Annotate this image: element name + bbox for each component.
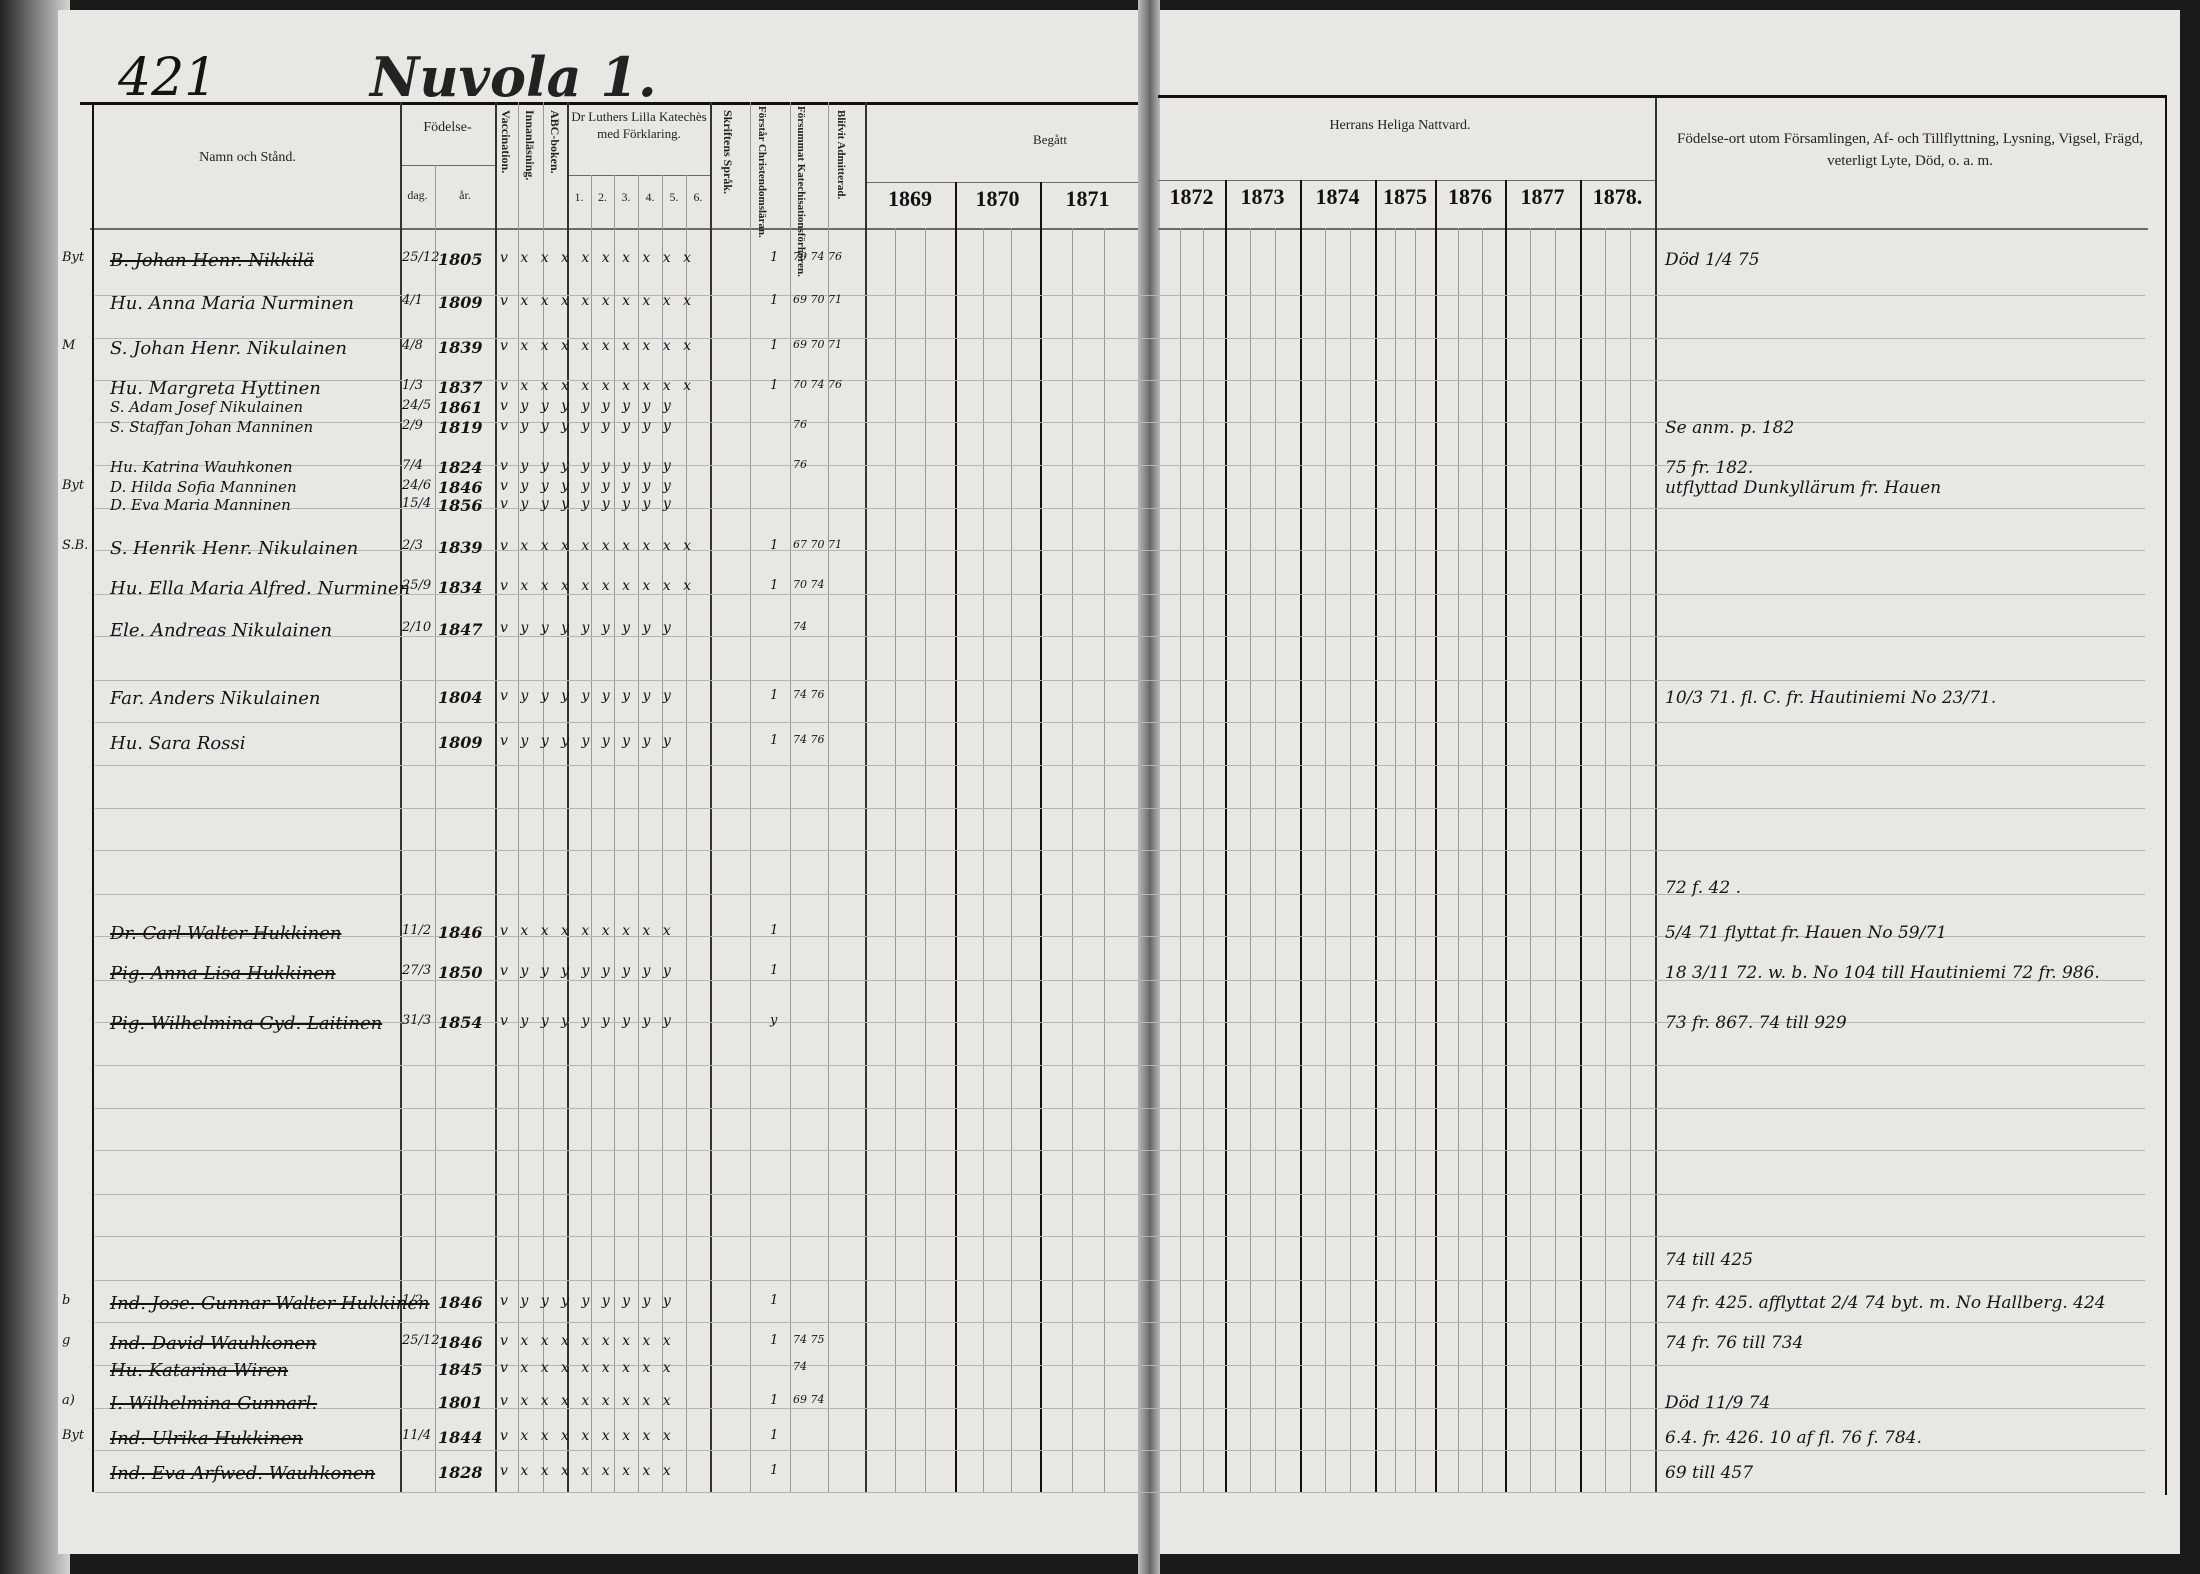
header-scripture: Skriftens Språk. [720, 110, 735, 225]
row-notes: 74 fr. 76 till 734 [1665, 1333, 1803, 1353]
row-notes: 10/3 71. fl. C. fr. Hautiniemi No 23/71. [1665, 688, 1996, 708]
row-adm: 1 [770, 688, 778, 703]
rule-line [95, 722, 2145, 723]
row-year: 1846 [438, 923, 483, 942]
col-line [400, 102, 402, 1492]
col-line [1225, 180, 1227, 1492]
year-1877: 1877 [1505, 184, 1580, 210]
rule-line [95, 636, 2145, 637]
row-notes: 74 till 425 [1665, 1250, 1753, 1270]
year-1876: 1876 [1435, 184, 1505, 210]
col-line [1104, 228, 1105, 1492]
row-adm: 1 [770, 538, 778, 553]
rule-line [95, 765, 2145, 766]
header-admitted: Blifvit Admitterad. [834, 110, 848, 225]
row-margin: M [62, 338, 75, 353]
row-day: 11/4 [402, 1428, 431, 1443]
col-line [983, 228, 984, 1492]
catechism-part-5: 5. [662, 190, 686, 205]
row-day: 2/3 [402, 538, 423, 553]
years-subline-left [865, 182, 1138, 183]
row-day: 25/12 [402, 1333, 439, 1348]
col-line [1458, 228, 1459, 1492]
row-year: 1846 [438, 1293, 483, 1312]
row-year: 1834 [438, 578, 483, 597]
rule-line [95, 1365, 2145, 1366]
row-marks: v x x x x x x x x x [500, 378, 695, 394]
row-margin: S.B. [62, 538, 88, 553]
row-name: Dr. Carl Walter Hukkinen [110, 923, 341, 944]
col-line [1415, 228, 1416, 1492]
rule-line [95, 1108, 2145, 1109]
row-adm: 1 [770, 1428, 778, 1443]
catechism-part-4: 4. [638, 190, 662, 205]
row-marks: v x x x x x x x x [500, 1360, 675, 1376]
header-top-line-right [1158, 95, 2166, 98]
year-1875: 1875 [1375, 184, 1435, 210]
row-marks: v x x x x x x x x x [500, 338, 695, 354]
row-marks: v x x x x x x x x [500, 1428, 675, 1444]
rule-line [95, 680, 2145, 681]
header-bottom-line-right [1158, 228, 2148, 230]
header-abc: ABC-boken. [547, 110, 562, 220]
row-marks: v x x x x x x x x [500, 1463, 675, 1479]
col-line [567, 102, 569, 1492]
header-communion-left: Begått [980, 132, 1120, 148]
col-line [1011, 228, 1012, 1492]
row-day: 27/3 [402, 963, 431, 978]
row-name: S. Henrik Henr. Nikulainen [110, 538, 358, 559]
rule-line [95, 1450, 2145, 1451]
col-line [710, 102, 712, 1492]
rule-line [95, 808, 2145, 809]
row-name: Pig. Wilhelmina Gyd. Laitinen [110, 1013, 382, 1034]
rule-line [95, 1150, 2145, 1151]
row-marks: v y y y y y y y y [500, 398, 675, 414]
row-adm: 1 [770, 733, 778, 748]
year-1872: 1872 [1158, 184, 1225, 210]
rule-line [95, 894, 2145, 895]
row-missed: 70 74 76 [793, 250, 842, 263]
row-year: 1828 [438, 1463, 483, 1482]
row-adm: 1 [770, 923, 778, 938]
row-marks: v x x x x x x x x [500, 923, 675, 939]
row-missed: 74 [793, 1360, 807, 1373]
row-marks: v x x x x x x x x [500, 1393, 675, 1409]
row-adm: 1 [770, 1333, 778, 1348]
row-year: 1809 [438, 293, 483, 312]
page-number: 421 [118, 48, 217, 108]
row-marks: v y y y y y y y y [500, 1293, 675, 1309]
row-marks: v y y y y y y y y [500, 478, 675, 494]
col-line [1350, 228, 1351, 1492]
row-name: Hu. Sara Rossi [110, 733, 245, 754]
row-name: Ind. Jose. Gunnar Walter Hukkinen [110, 1293, 430, 1314]
row-day: 1/2 [402, 1293, 423, 1308]
header-missed-catechism: Försummat Katechisationsförhören. [794, 106, 808, 226]
col-line [1203, 228, 1204, 1492]
catechism-parts: 1. 2. 3. 4. 5. 6. [567, 190, 710, 205]
row-missed: 74 75 [793, 1333, 825, 1346]
header-top-line-left [80, 102, 1138, 105]
row-adm: 1 [770, 963, 778, 978]
row-day: 24/6 [402, 478, 431, 493]
row-name: Far. Anders Nikulainen [110, 688, 321, 709]
rule-line [95, 850, 2145, 851]
row-notes: 6.4. fr. 426. 10 af fl. 76 f. 784. [1665, 1428, 1922, 1448]
row-notes: 72 f. 42 . [1665, 878, 1741, 898]
row-year: 1844 [438, 1428, 483, 1447]
row-day: 4/1 [402, 293, 423, 308]
col-line [686, 175, 687, 1492]
row-adm: 1 [770, 250, 778, 265]
col-line [1505, 180, 1507, 1492]
row-adm: y [770, 1013, 777, 1028]
row-marks: v x x x x x x x x [500, 1333, 675, 1349]
row-margin: Byt [62, 1428, 84, 1443]
col-line [1300, 180, 1302, 1492]
row-year: 1847 [438, 620, 483, 639]
col-line [435, 165, 436, 1492]
row-notes: 69 till 457 [1665, 1463, 1753, 1483]
row-year: 1846 [438, 478, 483, 497]
row-adm: 1 [770, 1463, 778, 1478]
row-day: 15/4 [402, 496, 431, 511]
col-line [1250, 228, 1251, 1492]
col-line [1482, 228, 1483, 1492]
row-notes: Död 1/4 75 [1665, 250, 1760, 270]
row-margin: a) [62, 1393, 75, 1408]
year-1869: 1869 [865, 186, 955, 212]
col-line [1530, 228, 1531, 1492]
row-year: 1837 [438, 378, 483, 397]
col-line [1605, 228, 1606, 1492]
book-gutter [1138, 0, 1160, 1574]
col-line [495, 102, 497, 1492]
row-marks: v x x x x x x x x x [500, 293, 695, 309]
row-marks: v y y y y y y y y [500, 963, 675, 979]
row-adm: 1 [770, 293, 778, 308]
row-missed: 74 76 [793, 688, 825, 701]
table-left-border [92, 102, 94, 1492]
row-notes: utflyttad Dunkyllärum fr. Hauen [1665, 478, 1941, 498]
row-notes: Se anm. p. 182 [1665, 418, 1794, 438]
row-marks: v x x x x x x x x x [500, 250, 695, 266]
row-day: 2/10 [402, 620, 431, 635]
row-missed: 69 74 [793, 1393, 825, 1406]
row-name: Ind. Ulrika Hukkinen [110, 1428, 303, 1449]
row-year: 1854 [438, 1013, 483, 1032]
col-line [895, 228, 896, 1492]
header-notes: Födelse-ort utom Församlingen, Af- och T… [1665, 128, 2155, 172]
table-right-border [2165, 95, 2167, 1495]
col-line [1375, 180, 1377, 1492]
year-1878: 1878. [1580, 184, 1655, 210]
row-name: B. Johan Henr. Nikkilä [110, 250, 314, 271]
col-line [865, 102, 867, 1492]
row-year: 1846 [438, 1333, 483, 1352]
row-year: 1839 [438, 338, 483, 357]
catechism-part-1: 1. [567, 190, 591, 205]
row-day: 1/3 [402, 378, 423, 393]
row-missed: 76 [793, 418, 807, 431]
row-name: D. Hilda Sofia Manninen [110, 478, 297, 496]
row-name: Ind. Eva Arfwed. Wauhkonen [110, 1463, 375, 1484]
year-1870: 1870 [955, 186, 1040, 212]
header-communion-right: Herrans Heliga Nattvard. [1250, 118, 1550, 134]
col-line [750, 102, 751, 1492]
row-day: 7/4 [402, 458, 423, 473]
row-missed: 70 74 [793, 578, 825, 591]
row-day: 31/3 [402, 1013, 431, 1028]
row-marks: v y y y y y y y y [500, 688, 675, 704]
rule-line [95, 1280, 2145, 1281]
row-missed: 76 [793, 458, 807, 471]
row-marks: v y y y y y y y y [500, 418, 675, 434]
row-day: 25/9 [402, 578, 431, 593]
row-adm: 1 [770, 578, 778, 593]
catechism-part-2: 2. [591, 190, 614, 205]
row-missed: 74 76 [793, 733, 825, 746]
row-marks: v y y y y y y y y [500, 458, 675, 474]
col-line [955, 182, 957, 1492]
row-name: I. Wilhelmina Gunnarl. [110, 1393, 317, 1414]
row-marks: v y y y y y y y y [500, 1013, 675, 1029]
row-margin: Byt [62, 478, 84, 493]
col-line [1325, 228, 1326, 1492]
row-year: 1861 [438, 398, 483, 417]
row-margin: b [62, 1293, 70, 1308]
col-line [828, 102, 829, 1492]
row-name: Hu. Anna Maria Nurminen [110, 293, 354, 314]
row-notes: 75 fr. 182. [1665, 458, 1753, 478]
header-reading: Innanläsning. [522, 110, 537, 220]
rule-line [95, 1322, 2145, 1323]
row-notes: Död 11/9 74 [1665, 1393, 1770, 1413]
birth-subline [400, 165, 495, 166]
row-name: S. Staffan Johan Manninen [110, 418, 313, 436]
col-line [1555, 228, 1556, 1492]
row-name: Hu. Katrina Wauhkonen [110, 458, 293, 476]
col-line [543, 102, 544, 1492]
col-line [1072, 228, 1073, 1492]
row-margin: g [62, 1333, 70, 1348]
row-missed: 67 70 71 [793, 538, 842, 551]
col-line [1275, 228, 1276, 1492]
rule-line [95, 1236, 2145, 1237]
row-year: 1804 [438, 688, 483, 707]
col-line [1630, 228, 1631, 1492]
row-missed: 74 [793, 620, 807, 633]
catechism-part-6: 6. [686, 190, 710, 205]
row-day: 2/9 [402, 418, 423, 433]
row-year: 1801 [438, 1393, 483, 1412]
catechism-part-3: 3. [614, 190, 638, 205]
row-name: Ele. Andreas Nikulainen [110, 620, 332, 641]
row-name: S. Johan Henr. Nikulainen [110, 338, 347, 359]
year-1871: 1871 [1040, 186, 1135, 212]
col-line [1040, 182, 1042, 1492]
row-name: Hu. Ella Maria Alfred. Nurminen [110, 578, 410, 599]
row-marks: v x x x x x x x x x [500, 538, 695, 554]
rule-line [95, 1408, 2145, 1409]
row-marks: v y y y y y y y y [500, 620, 675, 636]
row-year: 1819 [438, 418, 483, 437]
row-missed: 69 70 71 [793, 293, 842, 306]
header-christian-doctrine: Förstår Christendomsläran. [755, 106, 769, 226]
row-notes: 18 3/11 72. w. b. No 104 till Hautiniemi… [1665, 963, 2100, 983]
row-marks: v y y y y y y y y [500, 496, 675, 512]
row-missed: 69 70 71 [793, 338, 842, 351]
row-year: 1809 [438, 733, 483, 752]
col-line [1435, 180, 1437, 1492]
row-year: 1845 [438, 1360, 483, 1379]
rule-line [95, 1065, 2145, 1066]
year-1873: 1873 [1225, 184, 1300, 210]
header-birth-year: år. [435, 188, 495, 203]
rule-line [95, 1492, 2145, 1493]
row-year: 1850 [438, 963, 483, 982]
col-line [1580, 180, 1582, 1492]
row-day: 4/8 [402, 338, 423, 353]
row-name: Hu. Katarina Wiren [110, 1360, 288, 1381]
header-catechism: Dr Luthers Lilla Katechès med Förklaring… [570, 108, 708, 142]
row-name: Ind. David Wauhkonen [110, 1333, 316, 1354]
row-name: S. Adam Josef Nikulainen [110, 398, 303, 416]
col-line [1395, 228, 1396, 1492]
col-line [925, 228, 926, 1492]
row-adm: 1 [770, 1393, 778, 1408]
row-marks: v y y y y y y y y [500, 733, 675, 749]
col-line [1655, 98, 1657, 1492]
row-day: 24/5 [402, 398, 431, 413]
row-notes: 74 fr. 425. afflyttat 2/4 74 byt. m. No … [1665, 1293, 2106, 1313]
row-name: Hu. Margreta Hyttinen [110, 378, 321, 399]
header-birth-day: dag. [400, 188, 435, 203]
col-line [790, 102, 791, 1492]
row-year: 1856 [438, 496, 483, 515]
row-adm: 1 [770, 1293, 778, 1308]
year-1874: 1874 [1300, 184, 1375, 210]
row-notes: 73 fr. 867. 74 till 929 [1665, 1013, 1847, 1033]
row-year: 1805 [438, 250, 483, 269]
col-line [518, 102, 519, 1492]
row-marks: v x x x x x x x x x [500, 578, 695, 594]
row-day: 25/12 [402, 250, 439, 265]
row-day: 11/2 [402, 923, 431, 938]
row-margin: Byt [62, 250, 84, 265]
rule-line [95, 1194, 2145, 1195]
row-year: 1824 [438, 458, 483, 477]
village-title: Nuvola 1. [370, 45, 657, 109]
row-notes: 5/4 71 flyttat fr. Hauen No 59/71 [1665, 923, 1947, 943]
header-name: Namn och Stånd. [95, 150, 400, 166]
col-line [1180, 228, 1181, 1492]
row-name: D. Eva Maria Manninen [110, 496, 291, 514]
row-adm: 1 [770, 338, 778, 353]
row-year: 1839 [438, 538, 483, 557]
row-adm: 1 [770, 378, 778, 393]
header-vaccination: Vaccination. [498, 110, 513, 220]
header-birth: Födelse- [400, 120, 495, 136]
row-name: Pig. Anna Lisa Hukkinen [110, 963, 336, 984]
row-missed: 70 74 76 [793, 378, 842, 391]
